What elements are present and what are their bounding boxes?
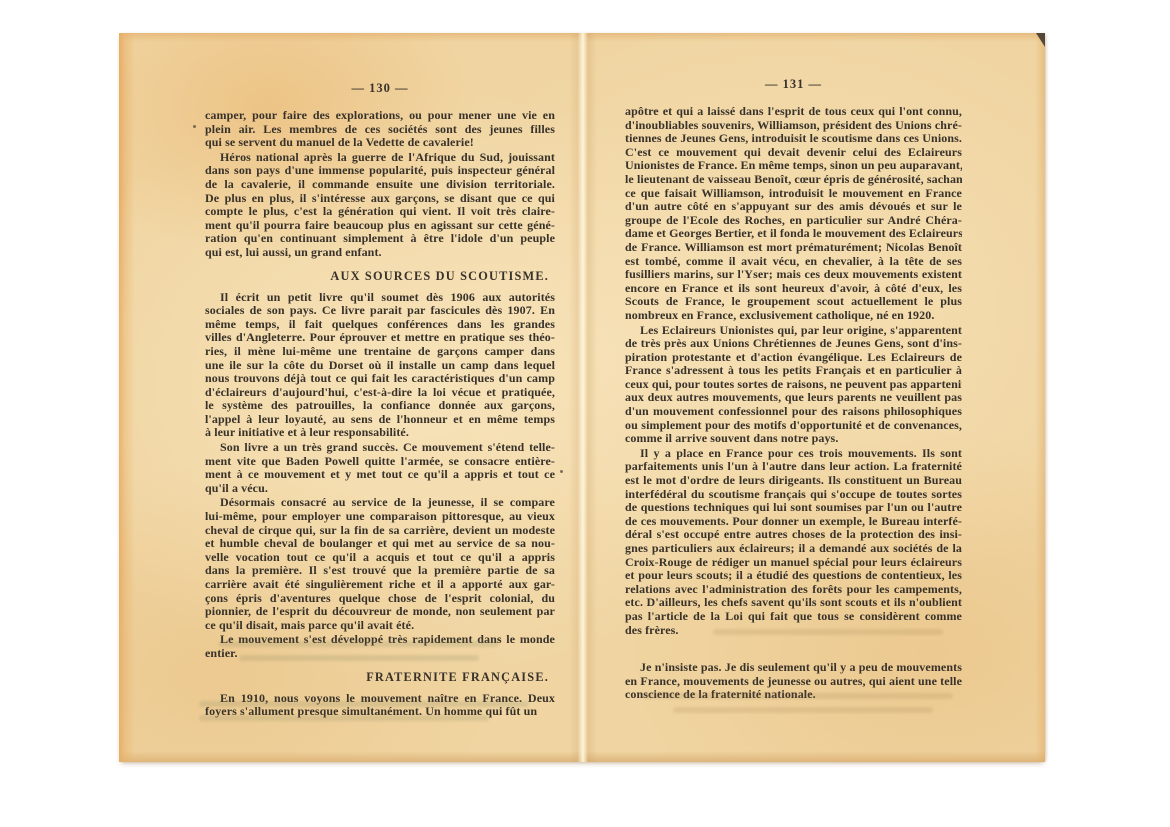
text-line: En 1910, nous voyons le mouvement naître… — [205, 692, 555, 706]
paragraph-grand-succes: Son livre a un très grand succès. Ce mou… — [205, 441, 555, 495]
text-line: d'éclaireurs d'aujourd'hui, c'est-à-dire… — [205, 386, 555, 400]
book-spread: — 130 — camper, pour faire des explorati… — [119, 33, 1045, 762]
text-line: compte le plus, c'est la génération qui … — [205, 205, 555, 219]
text-line: ce que faisait Williamson, introduisit l… — [625, 187, 962, 201]
text-line: comme il arrive souvent dans notre pays. — [625, 432, 962, 446]
text-line: sociales de son pays. Ce livre parait pa… — [205, 304, 555, 318]
text-line: pas l'article de la Loi qui fait que tou… — [625, 610, 962, 624]
text-line: ration qu'en continuant simplement à êtr… — [205, 232, 555, 246]
paragraph-petit-livre: Il écrit un petit livre qu'il soumet dès… — [205, 291, 555, 441]
text-line: ment vite que Baden Powell quitte l'armé… — [205, 455, 555, 469]
text-line: parfaitements unis l'un à l'autre dans l… — [625, 460, 962, 474]
text-line: velle vocation tout ce qu'il a acquis et… — [205, 551, 555, 565]
page-number: — 131 — — [625, 77, 962, 92]
text-line: encore en France et ils sont heureux d'a… — [625, 282, 962, 296]
text-line: de ces mouvements. Pour donner un exempl… — [625, 515, 962, 529]
page-130: — 130 — camper, pour faire des explorati… — [119, 33, 583, 762]
text-line: gnes particuliers aux éclaireurs; il a d… — [625, 542, 962, 556]
text-line: ou simplement pour des motifs d'opportun… — [625, 419, 962, 433]
text-line: dans son pays d'une immense popularité, … — [205, 164, 555, 178]
text-line: de la cavalerie, il commande ensuite une… — [205, 178, 555, 192]
text-line: nombreux en France, exclusivement cathol… — [625, 309, 962, 323]
text-line: de France. Williamson est mort prématuré… — [625, 241, 962, 255]
text-line: Désormais consacré au service de la jeun… — [205, 496, 555, 510]
text-line: piration protestante et d'action évangél… — [625, 351, 962, 365]
ink-speck — [193, 125, 196, 128]
text-line: déral s'est occupé entre autres choses d… — [625, 528, 962, 542]
text-line: le système des patrouilles, la confiance… — [205, 399, 555, 413]
text-line: tiennes de Jeunes Gens, introduisit le s… — [625, 132, 962, 146]
paragraph-desormais: Désormais consacré au service de la jeun… — [205, 496, 555, 632]
text-line: entier. — [205, 647, 555, 661]
paragraph-trois-mouvements: Il y a place en France pour ces trois mo… — [625, 447, 962, 637]
text-line: et humble cheval de boulanger et qui met… — [205, 537, 555, 551]
text-line: dans la première. Il s'est trouvé que la… — [205, 564, 555, 578]
text-line: des frères. — [625, 624, 962, 638]
text-line: etc. D'ailleurs, les chefs savent qu'ils… — [625, 596, 962, 610]
text-line: Unionistes de France. En même temps, sin… — [625, 159, 962, 173]
text-line: ceux qui, pour toutes sortes de raisons,… — [625, 378, 962, 392]
text-line: relations avec l'administration des forê… — [625, 583, 962, 597]
text-line: Je n'insiste pas. Je dis seulement qu'il… — [625, 661, 962, 675]
text-line: Les Eclaireurs Unionistes qui, par leur … — [625, 324, 962, 338]
text-line: d'un autre côté en s'appuyant sur des am… — [625, 200, 962, 214]
text-line: ment à ce mouvement et y met tout ce qu'… — [205, 468, 555, 482]
text-line: Il écrit un petit livre qu'il soumet dès… — [205, 291, 555, 305]
text-line: de très près aux Unions Chrétiennes de J… — [625, 337, 962, 351]
text-line: Scouts de France, le groupement scout ac… — [625, 295, 962, 309]
section-heading-fraternite: FRATERNITE FRANÇAISE. — [205, 670, 555, 685]
text-line: ment qu'il pourra faire beaucoup plus en… — [205, 219, 555, 233]
text-line: cheval de cirque qui, sur la fin de sa c… — [205, 524, 555, 538]
text-line: lui-même, pour employer une comparaison … — [205, 510, 555, 524]
text-line: villes d'Angleterre. Pour éprouver et me… — [205, 331, 555, 345]
paragraph-en-1910: En 1910, nous voyons le mouvement naître… — [205, 692, 555, 719]
text-line: aux deux autres mouvements, que leurs pa… — [625, 391, 962, 405]
text-line: camper, pour faire des explorations, ou … — [205, 109, 555, 123]
paragraph-eclaireurs-unionistes: Les Eclaireurs Unionistes qui, par leur … — [625, 324, 962, 446]
text-line: qui se servent du manuel de la Vedette d… — [205, 136, 555, 150]
text-line: plein air. Les membres de ces sociétés s… — [205, 123, 555, 137]
text-line: qui est, lui aussi, un grand enfant. — [205, 246, 555, 260]
text-line: dame et Georges Bertier, et il fonda le … — [625, 227, 962, 241]
page-number: — 130 — — [205, 81, 555, 96]
text-line: même temps, il fait quelques conférences… — [205, 318, 555, 332]
text-line: Il y a place en France pour ces trois mo… — [625, 447, 962, 461]
text-line: d'inoubliables souvenirs, Williamson, pr… — [625, 119, 962, 133]
text-line: en France, mouvements de jeunesse ou aut… — [625, 675, 962, 689]
text-line: Héros national après la guerre de l'Afri… — [205, 151, 555, 165]
text-line: France s'adressent à tous les petits Fra… — [625, 364, 962, 378]
text-line: Croix-Rouge de rédiger un manuel spécial… — [625, 556, 962, 570]
text-line: une ile sur la côte du Dorset où il inst… — [205, 359, 555, 373]
text-line: d'un mouvement confessionnel pour des ra… — [625, 405, 962, 419]
text-line: ries, il mène lui-même une trentaine de … — [205, 345, 555, 359]
scanned-book-photo: — 130 — camper, pour faire des explorati… — [0, 0, 1170, 827]
text-line: conscience de la fraternité nationale. — [625, 688, 962, 702]
text-line: à leur initiative et à leur responsabili… — [205, 426, 555, 440]
text-line: Son livre a un très grand succès. Ce mou… — [205, 441, 555, 455]
paragraph-apotre: apôtre et qui a laissé dans l'esprit de … — [625, 105, 962, 323]
text-line: interfédéral du scoutisme français qui s… — [625, 488, 962, 502]
paragraph-monde-entier: Le mouvement s'est développé très rapide… — [205, 633, 555, 660]
paragraph-je-n-insiste-pas: Je n'insiste pas. Je dis seulement qu'il… — [625, 661, 962, 702]
text-line: le lieutenant de vaisseau Benoît, cœur é… — [625, 173, 962, 187]
text-line: C'est ce mouvement qui devait devenir ce… — [625, 146, 962, 160]
paragraph-heros-national: Héros national après la guerre de l'Afri… — [205, 151, 555, 260]
paragraph-camper: camper, pour faire des explorations, ou … — [205, 109, 555, 150]
text-line: carrière avait été singulièrement riche … — [205, 578, 555, 592]
text-line: çons épris d'aventures quelque chose de … — [205, 592, 555, 606]
text-line: ce qu'il disait, mais parce qu'il avait … — [205, 619, 555, 633]
text-line: qu'il a vécu. — [205, 482, 555, 496]
text-line: De plus en plus, il s'intéresse aux garç… — [205, 192, 555, 206]
text-line: apôtre et qui a laissé dans l'esprit de … — [625, 105, 962, 119]
text-line: foyers s'allument presque simultanément.… — [205, 705, 555, 719]
text-line: pionnier, de l'esprit du découvreur de m… — [205, 605, 555, 619]
text-line: est le mot d'ordre de leurs dirigeants. … — [625, 474, 962, 488]
text-line: groupe de l'Ecole des Roches, en particu… — [625, 214, 962, 228]
ink-speck — [560, 470, 563, 473]
text-line: Le mouvement s'est développé très rapide… — [205, 633, 555, 647]
page-131: — 131 — apôtre et qui a laissé dans l'es… — [583, 33, 1045, 762]
text-line: et pour leurs scouts; il a étudié des qu… — [625, 569, 962, 583]
text-line: de questions techniques qui lui sont sou… — [625, 501, 962, 515]
section-heading-aux-sources: AUX SOURCES DU SCOUTISME. — [205, 269, 555, 284]
text-line: nous trouvons déjà tout ce qui fait les … — [205, 372, 555, 386]
text-line: est tombé, comme il avait vécu, en cheva… — [625, 255, 962, 269]
text-line: l'appel à leur loyauté, au sens de l'hon… — [205, 413, 555, 427]
text-line: fusilliers marins, sur l'Yser; mais ces … — [625, 268, 962, 282]
